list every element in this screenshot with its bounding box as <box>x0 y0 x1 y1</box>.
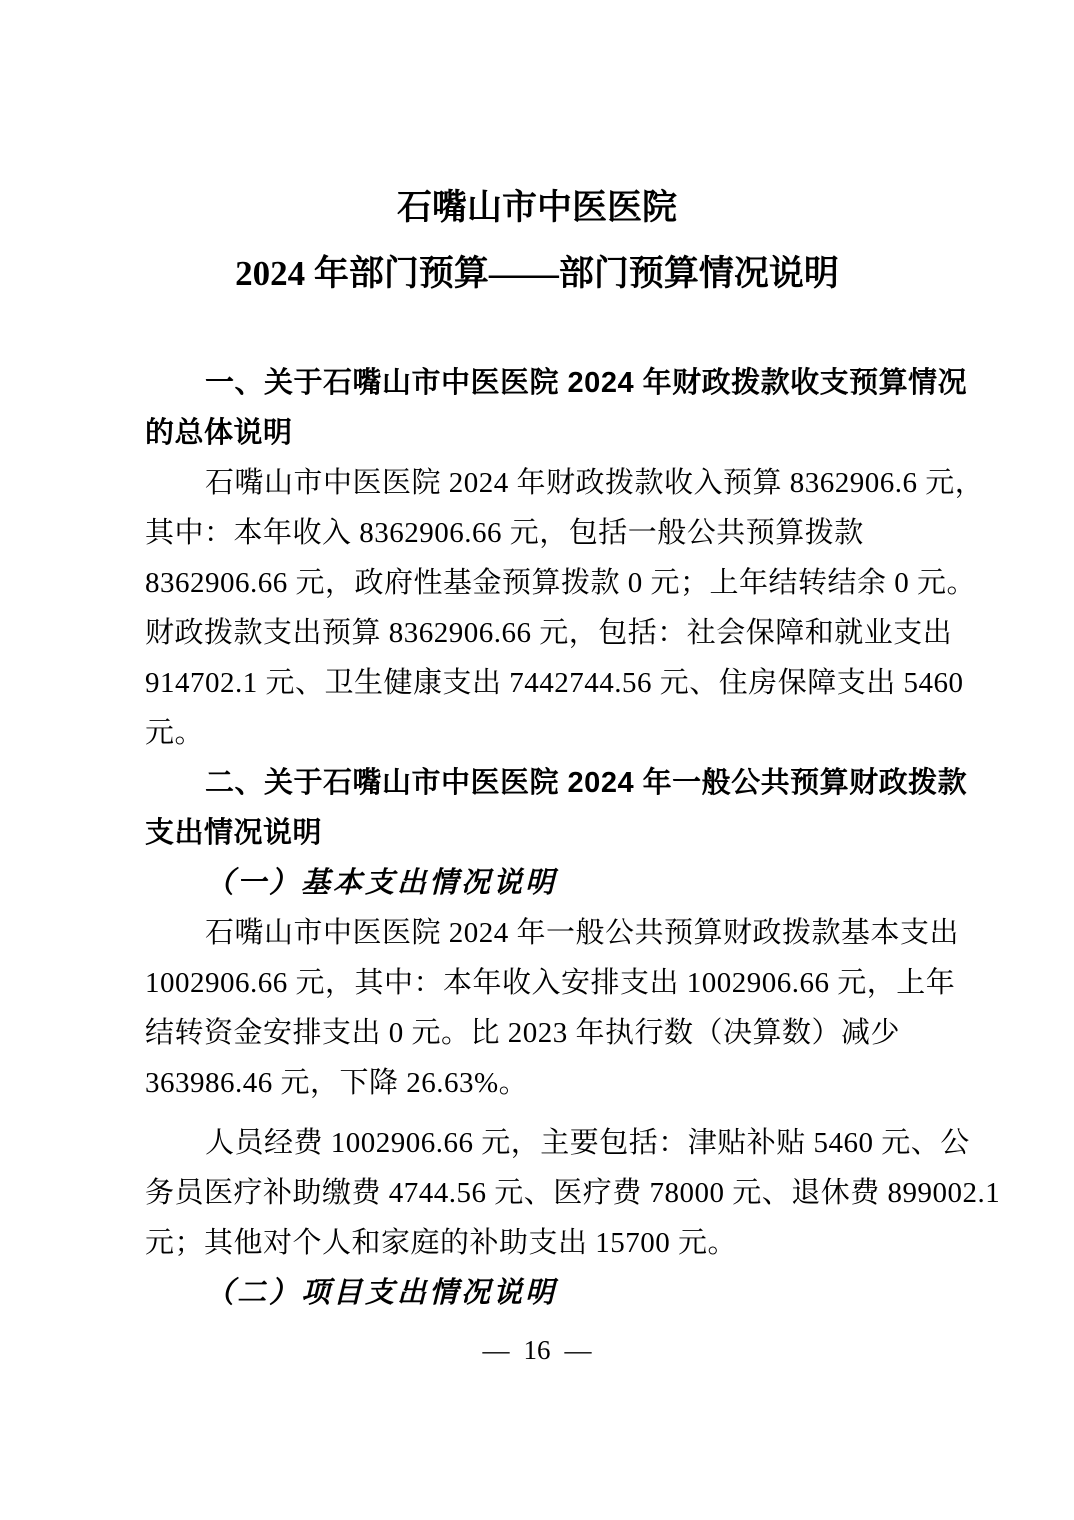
document-page: 石嘴山市中医医院 2024 年部门预算——部门预算情况说明 一、关于石嘴山市中医… <box>0 0 1074 1520</box>
heading-line: 一、关于石嘴山市中医医院 2024 年财政拨款收支预算情况 <box>145 358 959 408</box>
body-line: 元。 <box>145 708 959 758</box>
section-subheading: （二）项目支出情况说明 <box>145 1268 959 1318</box>
body-line: 914702.1 元、卫生健康支出 7442744.56 元、住房保障支出 54… <box>145 658 959 708</box>
body-line: 石嘴山市中医医院 2024 年财政拨款收入预算 8362906.6 元， <box>145 458 959 508</box>
section-body: 石嘴山市中医医院 2024 年财政拨款收入预算 8362906.6 元，其中：本… <box>145 458 959 758</box>
section-subheading: （一）基本支出情况说明 <box>145 858 959 908</box>
footer-left-dash: — <box>483 1335 510 1365</box>
heading-line: 的总体说明 <box>145 408 959 458</box>
document-title: 石嘴山市中医医院 2024 年部门预算——部门预算情况说明 <box>0 186 1074 296</box>
section-heading: 二、关于石嘴山市中医医院 2024 年一般公共预算财政拨款支出情况说明 <box>145 758 959 858</box>
body-line: 财政拨款支出预算 8362906.66 元，包括：社会保障和就业支出 <box>145 608 959 658</box>
body-line: 其中：本年收入 8362906.66 元，包括一般公共预算拨款 <box>145 508 959 558</box>
body-line: 363986.46 元，下降 26.63%。 <box>145 1058 959 1108</box>
body-line: 元；其他对个人和家庭的补助支出 15700 元。 <box>145 1218 959 1268</box>
heading-line: 支出情况说明 <box>145 808 959 858</box>
section-body: 人员经费 1002906.66 元，主要包括：津贴补贴 5460 元、公务员医疗… <box>145 1118 959 1268</box>
page-number: 16 <box>524 1335 551 1365</box>
heading-line: 二、关于石嘴山市中医医院 2024 年一般公共预算财政拨款 <box>145 758 959 808</box>
page-footer: —16— <box>0 1330 1074 1370</box>
footer-right-dash: — <box>565 1335 592 1365</box>
subheading-line: （一）基本支出情况说明 <box>145 858 959 908</box>
title-line-1: 石嘴山市中医医院 <box>0 186 1074 230</box>
body-line: 石嘴山市中医医院 2024 年一般公共预算财政拨款基本支出 <box>145 908 959 958</box>
section-heading: 一、关于石嘴山市中医医院 2024 年财政拨款收支预算情况的总体说明 <box>145 358 959 458</box>
body-line: 1002906.66 元，其中：本年收入安排支出 1002906.66 元，上年 <box>145 958 959 1008</box>
section-body: 石嘴山市中医医院 2024 年一般公共预算财政拨款基本支出1002906.66 … <box>145 908 959 1108</box>
body-line: 结转资金安排支出 0 元。比 2023 年执行数（决算数）减少 <box>145 1008 959 1058</box>
body-line: 8362906.66 元，政府性基金预算拨款 0 元；上年结转结余 0 元。 <box>145 558 959 608</box>
body-line: 人员经费 1002906.66 元，主要包括：津贴补贴 5460 元、公 <box>145 1118 959 1168</box>
subheading-line: （二）项目支出情况说明 <box>145 1268 959 1318</box>
document-body: 一、关于石嘴山市中医医院 2024 年财政拨款收支预算情况的总体说明石嘴山市中医… <box>145 358 959 1318</box>
title-line-2: 2024 年部门预算——部门预算情况说明 <box>0 252 1074 296</box>
body-line: 务员医疗补助缴费 4744.56 元、医疗费 78000 元、退休费 89900… <box>145 1168 959 1218</box>
